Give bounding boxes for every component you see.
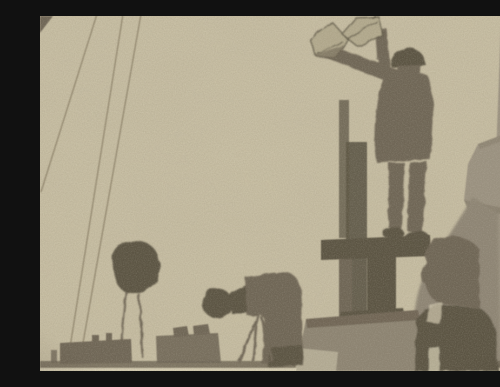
photo-canvas: [40, 16, 500, 371]
vignette: [40, 16, 500, 371]
newspaper-photo: [40, 16, 500, 371]
